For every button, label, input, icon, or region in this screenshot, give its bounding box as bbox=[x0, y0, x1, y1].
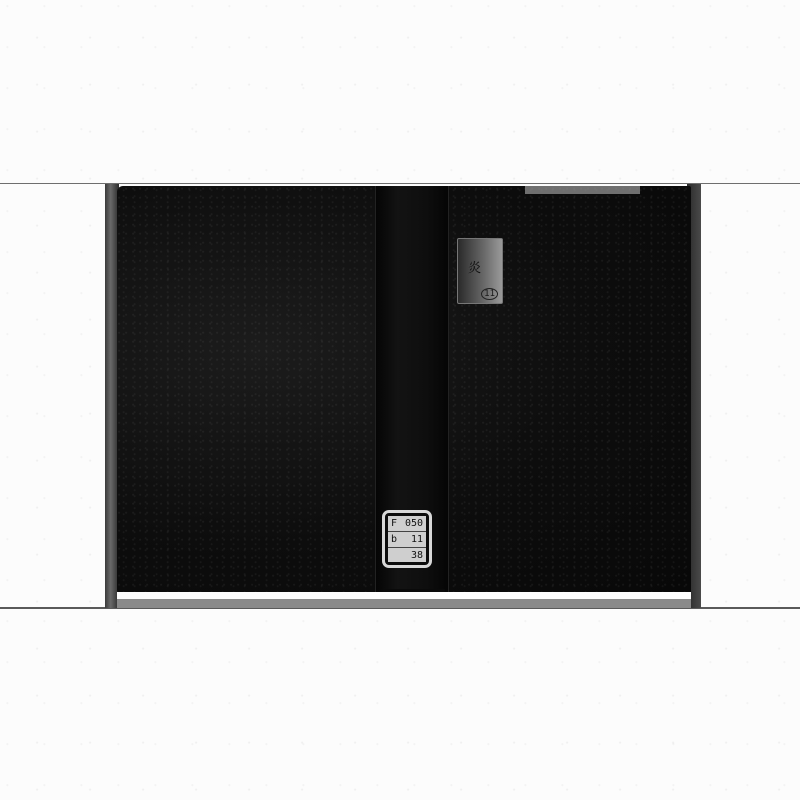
call-number-row: 38 bbox=[388, 548, 426, 563]
spine-title-label: 炎 11 bbox=[457, 238, 503, 304]
title-glyph: 炎 bbox=[468, 257, 481, 276]
call-number-label: F 050 b 11 38 bbox=[382, 510, 432, 568]
book-binding: 炎 11 F 050 b 11 38 bbox=[105, 184, 701, 608]
call-number-card: F 050 b 11 38 bbox=[388, 516, 426, 562]
page-edge-strip bbox=[117, 592, 691, 608]
call-number-row: b 11 bbox=[388, 532, 426, 548]
call-prefix: F bbox=[391, 516, 397, 531]
call-number-row: F 050 bbox=[388, 516, 426, 532]
volume-number: 11 bbox=[481, 288, 498, 300]
call-value: 11 bbox=[411, 532, 423, 547]
cover-top-wear bbox=[525, 186, 640, 194]
call-value: 38 bbox=[411, 548, 423, 563]
call-value: 050 bbox=[405, 516, 423, 531]
call-prefix: b bbox=[391, 532, 397, 547]
